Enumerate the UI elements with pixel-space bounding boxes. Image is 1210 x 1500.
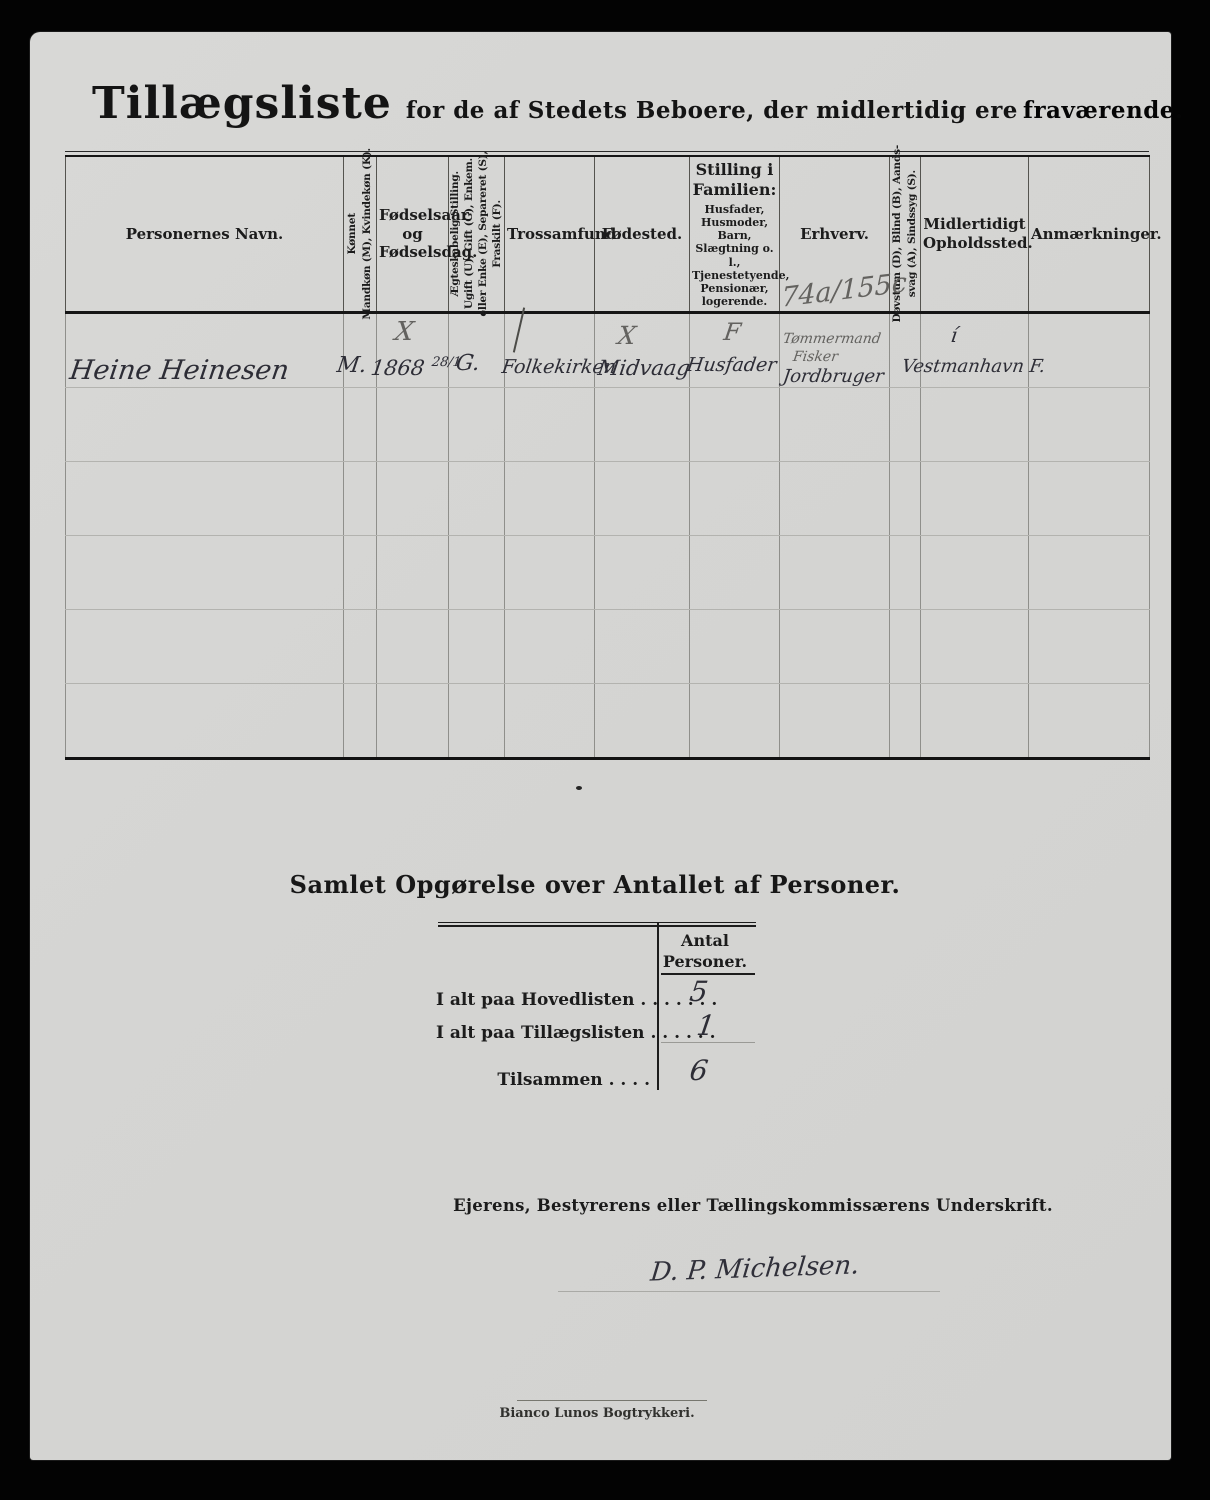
summary-tilsammen-label: Tilsammen . . . . (436, 1070, 650, 1090)
col-header-sex-vertical: Kønnet Mandkøn (M), Kvindekøn (K). (346, 161, 374, 307)
summary-top-rule (438, 925, 756, 927)
body-cell (66, 313, 344, 388)
census-table: Personernes Navn. Kønnet Mandkøn (M), Kv… (65, 155, 1150, 760)
header-row: Personernes Navn. Kønnet Mandkøn (M), Kv… (66, 156, 1150, 313)
col-header-occupation: Erhverv. (780, 156, 890, 313)
col-header-birth-line2: og (379, 225, 446, 244)
signature-rule (558, 1291, 940, 1292)
summary-top-rule-thin (438, 922, 756, 923)
col-header-marital-vertical: Ægteskabelig Stilling. Ugift (U), Gift (… (451, 161, 502, 307)
table-row (66, 536, 1150, 610)
col-header-birth-line1: Fødselsaar (379, 206, 446, 225)
page-title-main: Tillægsliste (92, 78, 392, 129)
summary-title: Samlet Opgørelse over Antallet af Person… (280, 870, 910, 899)
page-title: Tillægslistefor de af Stedets Beboere, d… (92, 78, 1183, 129)
table-row (66, 462, 1150, 536)
col-header-marital-line3: eller Enke (E), Separeret (S), (478, 151, 489, 317)
scan-background: Tillægslistefor de af Stedets Beboere, d… (0, 0, 1210, 1500)
summary-tillaegslisten-label: I alt paa Tillægslisten . . . . . . (436, 1023, 650, 1043)
col-header-remarks-label: Anmærkninger. (1031, 225, 1162, 243)
col-header-sex-line2: Mandkøn (M), Kvindekøn (K). (362, 148, 373, 320)
col-header-family-main: Stilling i Familien: (693, 160, 777, 199)
summary-subtotal-rule (661, 1042, 755, 1043)
col-header-residence-line2: Opholdssted. (923, 234, 1026, 253)
table-top-rule (65, 151, 1149, 152)
table-row (66, 610, 1150, 684)
page-title-emphasis: fraværende. (1023, 97, 1183, 124)
printer-rule (517, 1400, 707, 1401)
summary-col-header-line1: Antal (657, 931, 753, 952)
col-header-residence: Midlertidigt Opholdssted. (921, 156, 1029, 313)
signature-heading: Ejerens, Bestyrerens eller Tællingskommi… (453, 1196, 1053, 1215)
ink-speck (576, 786, 582, 790)
col-header-marital-line1: Ægteskabelig Stilling. (450, 171, 461, 296)
col-header-name: Personernes Navn. (66, 156, 344, 313)
summary-col-header: Antal Personer. (657, 931, 753, 973)
col-header-occupation-label: Erhverv. (800, 225, 869, 243)
col-header-sex-line1: Kønnet (347, 213, 358, 255)
col-header-birth-line3: Fødselsdag. (379, 243, 446, 262)
table-row (66, 313, 1150, 388)
col-header-birthplace: Fødested. (595, 156, 690, 313)
col-header-marital-line2: Ugift (U), Gift (G), Enkem. (464, 158, 475, 309)
col-header-disability-vertical: Døvstum (D), Blind (B), Aands- svag (A),… (892, 161, 918, 307)
col-header-remarks: Anmærkninger. (1029, 156, 1150, 313)
page-title-rest: for de af Stedets Beboere, der midlertid… (406, 97, 1018, 124)
signature-name: D. P. Michelsen. (594, 1248, 917, 1289)
summary-tilsammen-value: 6 (688, 1054, 710, 1087)
col-header-family: Stilling i Familien: Husfader, Husmoder,… (690, 156, 780, 313)
summary-col-header-line2: Personer. (657, 952, 753, 973)
col-header-marital-line4: Fraskilt (F). (492, 200, 503, 268)
col-header-marital: Ægteskabelig Stilling. Ugift (U), Gift (… (449, 156, 505, 313)
col-header-disability-line2: svag (A), Sindssyg (S). (907, 170, 918, 297)
census-form-page: Tillægslistefor de af Stedets Beboere, d… (30, 32, 1171, 1460)
table-row (66, 684, 1150, 759)
col-header-residence-line1: Midlertidigt (923, 215, 1026, 234)
col-header-family-sub: Husfader, Husmoder, Barn, Slægtning o. l… (692, 203, 777, 309)
printer-imprint: Bianco Lunos Bogtrykkeri. (457, 1406, 737, 1421)
col-header-name-label: Personernes Navn. (126, 225, 284, 243)
col-header-birth: Fødselsaar og Fødselsdag. (377, 156, 449, 313)
col-header-religion: Trossamfund. (505, 156, 595, 313)
col-header-birthplace-label: Fødested. (602, 225, 683, 243)
table-row (66, 388, 1150, 462)
summary-hovedlisten-label: I alt paa Hovedlisten . . . . . . . (436, 990, 650, 1010)
col-header-disability: Døvstum (D), Blind (B), Aands- svag (A),… (890, 156, 921, 313)
col-header-disability-line1: Døvstum (D), Blind (B), Aands- (892, 145, 903, 323)
col-header-sex: Kønnet Mandkøn (M), Kvindekøn (K). (344, 156, 377, 313)
